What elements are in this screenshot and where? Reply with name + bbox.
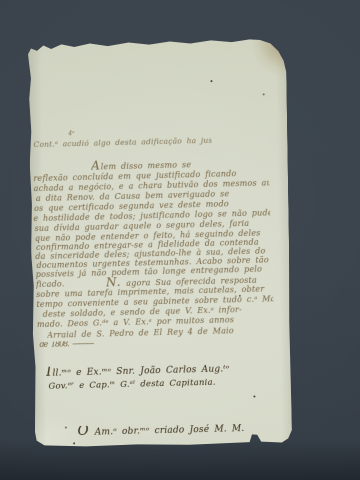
stain-speck (253, 396, 255, 398)
stain-speck (239, 295, 241, 297)
stain-speck (263, 93, 265, 95)
stain-speck (65, 426, 67, 428)
manuscript-line-opening: Cont.ᵃ acudió algo desta adificação ha j… (33, 136, 211, 150)
signature-line: O Am.ᵒ obr.ᵐᵒ criado José M. M. (77, 422, 247, 438)
insert-note: 4ᵃ (68, 130, 74, 137)
manuscript-paper: 4ᵃ Cont.ᵃ acudió algo desta adificação h… (28, 38, 292, 448)
address-line: Ill.ᵐᵒ e Ex.ᵐᵒ Snr. João Carlos Aug.ᵗᵒ (46, 361, 264, 378)
stain-speck (73, 442, 75, 444)
photo-background: 4ᵃ Cont.ᵃ acudió algo desta adificação h… (0, 0, 360, 480)
ink-layer: 4ᵃ Cont.ᵃ acudió algo desta adificação h… (26, 37, 294, 449)
manuscript-dateline: de 1808. ——— (39, 339, 169, 352)
address-line: Gov.ᵒʳ e Cap.ᵐ G.ᵃˡ desta Capitania. (48, 377, 250, 392)
stain-speck (210, 80, 212, 82)
